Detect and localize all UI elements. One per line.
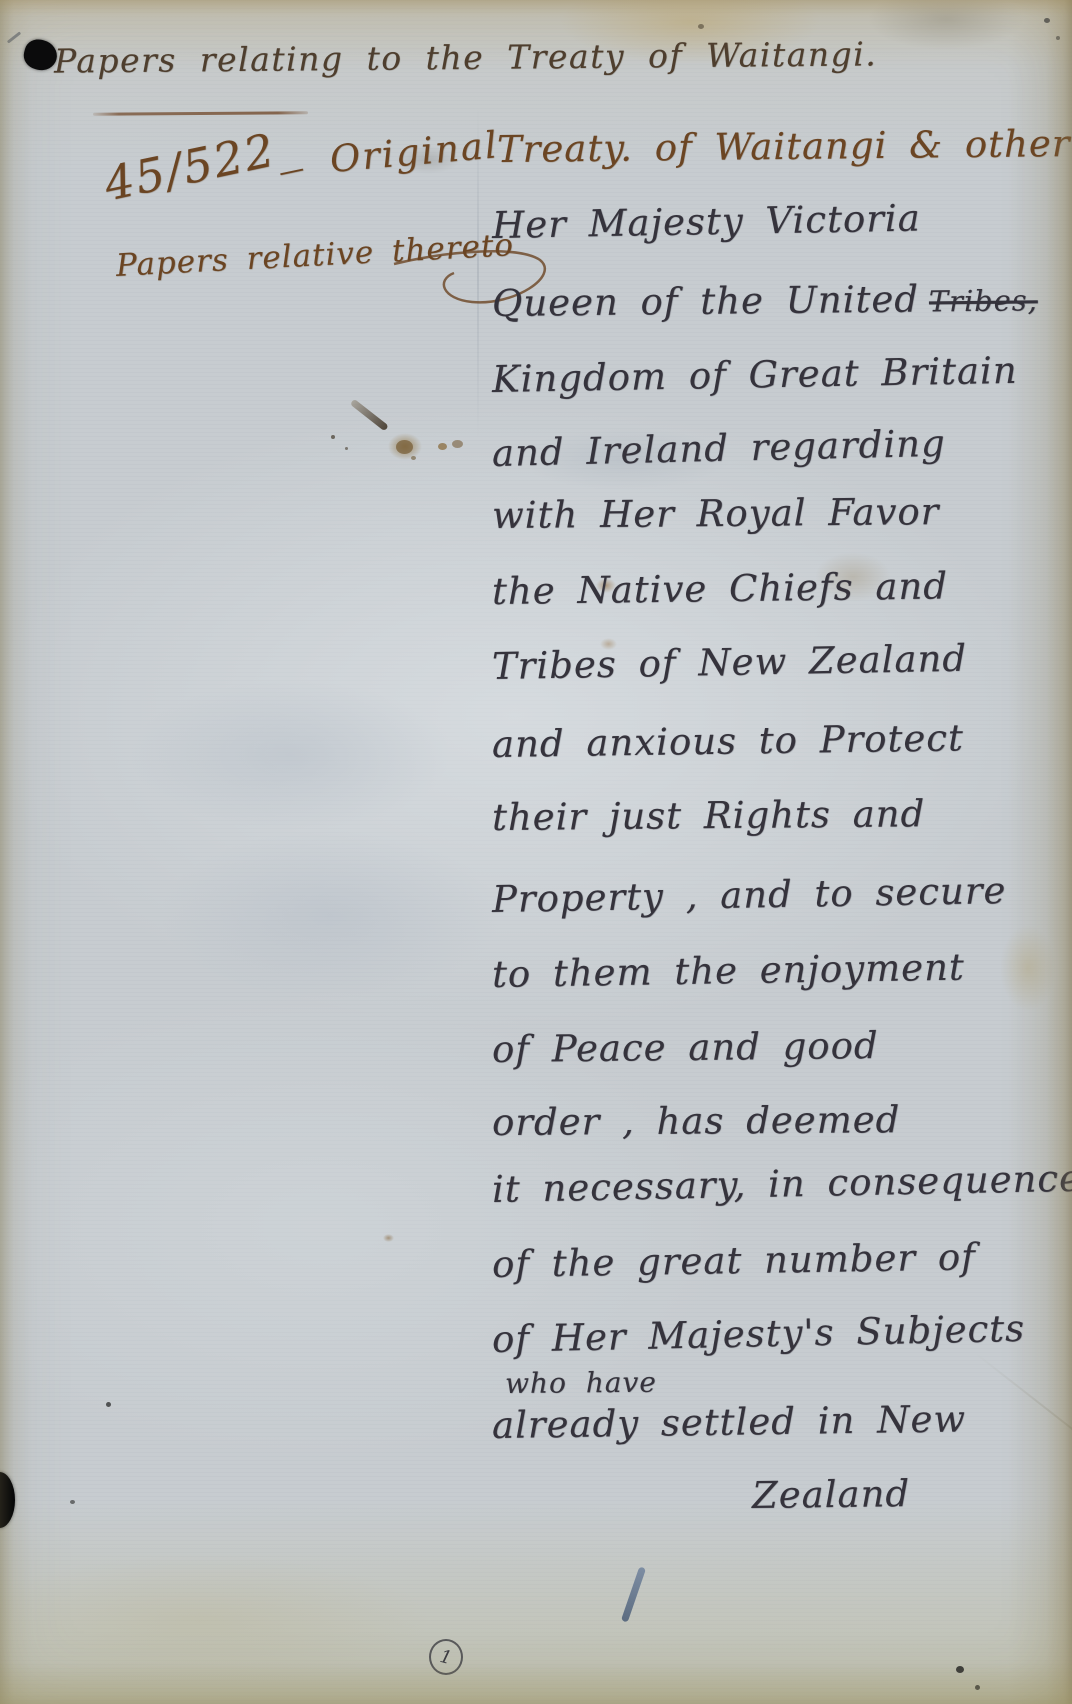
manuscript-line: their just Rights and (492, 790, 926, 842)
manuscript-line: Queen of the UnitedTribes, (492, 274, 1038, 330)
page-edge (1046, 0, 1072, 1704)
manuscript-line-text: of the great number of (492, 1235, 976, 1286)
manuscript-line-text: with Her Royal Favor (492, 490, 940, 537)
manuscript-line-text: it necessary, in consequence (492, 1157, 1072, 1211)
manuscript-line-text: and anxious to Protect (492, 716, 964, 766)
manuscript-line: and anxious to Protect (492, 714, 965, 769)
ink-splatter (345, 447, 348, 450)
manuscript-line: and Ireland regarding (491, 420, 946, 478)
manuscript-line: order , has deemed (492, 1096, 901, 1147)
manuscript-line-text: their just Rights and (492, 792, 926, 839)
manuscript-line: with Her Royal Favor (492, 488, 940, 540)
ink-splatter (452, 440, 463, 448)
manuscript-line: of Her Majesty's Subjects (491, 1305, 1025, 1364)
page-edge (0, 0, 1072, 16)
struck-word: Tribes, (929, 283, 1038, 318)
manuscript-line: it necessary, in consequence (492, 1155, 1072, 1214)
manuscript-line-text: Tribes of New Zealand (492, 637, 968, 688)
manuscript-line-text: Zealand (752, 1472, 911, 1517)
manuscript-line-text: Queen of the United (492, 278, 919, 325)
manuscript-line-text: order , has deemed (492, 1098, 901, 1144)
manuscript-line: already settled in New (492, 1395, 967, 1450)
manuscript-line: to them the enjoyment (492, 944, 965, 999)
manuscript-line: Her Majesty Victoria (492, 195, 922, 250)
manuscript-line: the Native Chiefs and (492, 562, 949, 616)
manuscript-line: of the great number of (492, 1233, 976, 1289)
ink-splatter (411, 456, 416, 460)
manuscript-line: Kingdom of Great Britain (492, 347, 1018, 404)
page-edge (0, 1662, 1072, 1704)
ink-splatter (438, 443, 447, 450)
manuscript-line: Zealand (752, 1470, 911, 1520)
manuscript-line: who have (505, 1365, 657, 1402)
manuscript-line-text: already settled in New (492, 1397, 967, 1447)
manuscript-line: of Peace and good (492, 1022, 879, 1074)
manuscript-line-text: to them the enjoyment (492, 946, 965, 996)
page-edge (0, 0, 14, 1704)
manuscript-line-text: Property , and to secure (492, 869, 1007, 921)
manuscript-line: Property , and to secure (492, 867, 1007, 924)
ink-splatter (331, 435, 335, 439)
manuscript-line-text: Treaty. of Waitangi & other (497, 122, 1071, 171)
manuscript-line-text: Her Majesty Victoria (492, 197, 921, 247)
manuscript-page: Papers relating to the Treaty of Waitang… (0, 0, 1072, 1704)
manuscript-line-text: of Her Majesty's Subjects (492, 1307, 1026, 1361)
manuscript-line-text: who have (505, 1366, 657, 1400)
manuscript-line: Treaty. of Waitangi & other (497, 120, 1071, 174)
ink-splatter (396, 440, 413, 454)
manuscript-body: Treaty. of Waitangi & otherHer Majesty V… (0, 0, 1072, 1704)
manuscript-line-text: and Ireland regarding (492, 422, 947, 475)
manuscript-line-text: the Native Chiefs and (492, 564, 948, 613)
manuscript-line-text: of Peace and good (492, 1024, 879, 1071)
manuscript-line-text: Kingdom of Great Britain (492, 349, 1018, 401)
manuscript-line: Tribes of New Zealand (492, 635, 968, 691)
